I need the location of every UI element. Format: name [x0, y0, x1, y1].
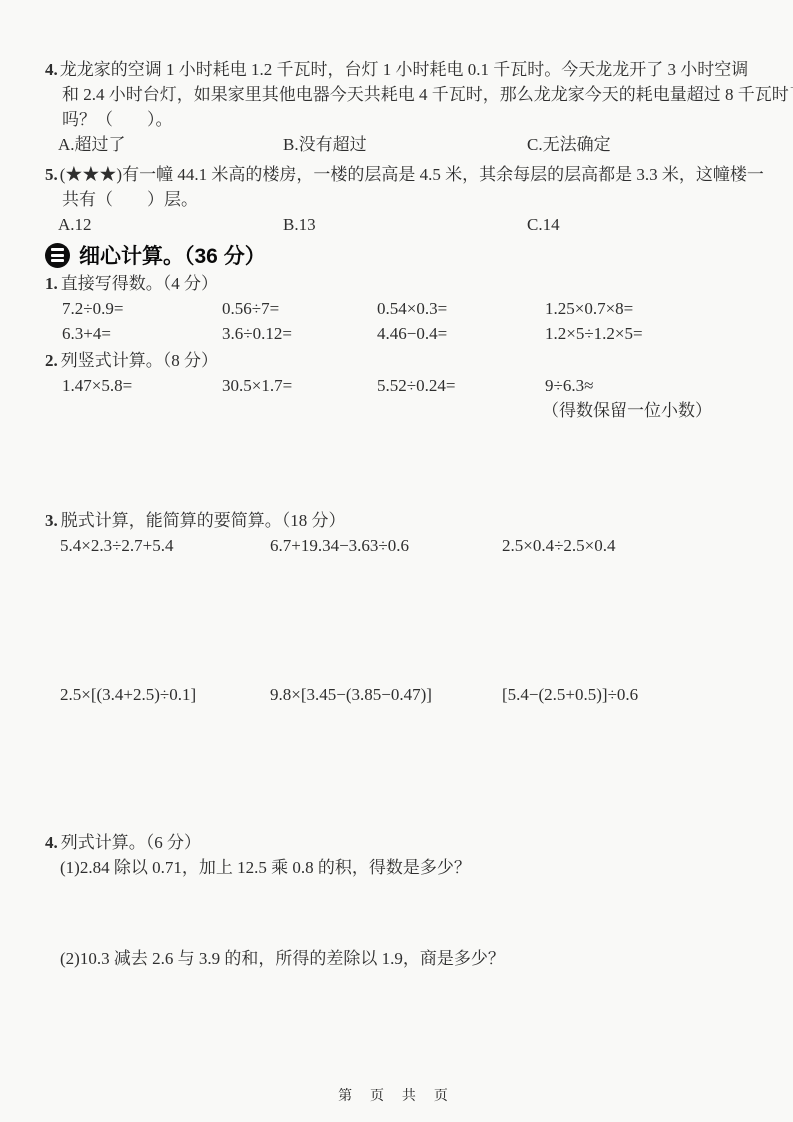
- question-5-options: A.12 B.13 C.14: [58, 212, 763, 237]
- subsection-2-title-text: 列竖式计算。（8 分）: [61, 351, 218, 370]
- question-4-line-1: 4.龙龙家的空调 1 小时耗电 1.2 千瓦时，台灯 1 小时耗电 0.1 千瓦…: [45, 57, 763, 82]
- question-4: 4.龙龙家的空调 1 小时耗电 1.2 千瓦时，台灯 1 小时耗电 0.1 千瓦…: [40, 57, 763, 157]
- expression: 0.54×0.3=: [377, 296, 545, 321]
- expression: 1.2×5÷1.2×5=: [545, 321, 763, 346]
- subsection-1-number: 1.: [45, 274, 58, 293]
- subsection-4-number: 4.: [45, 833, 58, 852]
- expression: 0.56÷7=: [222, 296, 377, 321]
- question-4-line-2: 和 2.4 小时台灯，如果家里其他电器今天共耗电 4 千瓦时，那么龙龙家今天的耗…: [62, 82, 763, 107]
- three-bars-icon: [45, 243, 70, 268]
- word-problem-2: (2)10.3 减去 2.6 与 3.9 的和，所得的差除以 1.9，商是多少？: [60, 946, 763, 971]
- page-content: 4.龙龙家的空调 1 小时耗电 1.2 千瓦时，台灯 1 小时耗电 0.1 千瓦…: [0, 0, 793, 971]
- expression: 5.52÷0.24=: [377, 373, 545, 398]
- question-4-options: A.超过了 B.没有超过 C.无法确定: [58, 132, 763, 157]
- subsection-1-title-text: 直接写得数。（4 分）: [61, 274, 218, 293]
- subsection-2-number: 2.: [45, 351, 58, 370]
- question-4-line-3: 吗？（ ）。: [62, 107, 763, 132]
- page-footer: 第 页 共 页: [0, 1085, 793, 1105]
- question-5-line-1: 5.(★★★)有一幢 44.1 米高的楼房，一楼的层高是 4.5 米，其余每层的…: [45, 162, 763, 187]
- expression: 7.2÷0.9=: [62, 296, 222, 321]
- section-3-header: 细心计算。（36 分）: [45, 241, 763, 269]
- expression: [5.4−(2.5+0.5)]÷0.6: [502, 682, 763, 707]
- expression: 1.25×0.7×8=: [545, 296, 763, 321]
- expression: 5.4×2.3÷2.7+5.4: [60, 533, 270, 558]
- expression: 4.46−0.4=: [377, 321, 545, 346]
- question-4-option-a: A.超过了: [58, 132, 283, 157]
- column-calc-row: 1.47×5.8= 30.5×1.7= 5.52÷0.24= 9÷6.3≈: [62, 373, 763, 398]
- question-4-option-b: B.没有超过: [283, 132, 527, 157]
- expression: 30.5×1.7=: [222, 373, 377, 398]
- section-3-title: 细心计算。（36 分）: [79, 240, 266, 270]
- question-5-line-2: 共有（ ）层。: [62, 187, 763, 212]
- expression: 9.8×[3.45−(3.85−0.47)]: [270, 682, 502, 707]
- question-5-option-a: A.12: [58, 212, 283, 237]
- subsection-2-title: 2.列竖式计算。（8 分）: [45, 348, 763, 373]
- question-5-option-b: B.13: [283, 212, 527, 237]
- subsection-4-title: 4.列式计算。（6 分）: [45, 830, 763, 855]
- question-4-option-c: C.无法确定: [527, 132, 763, 157]
- expression: 6.3+4=: [62, 321, 222, 346]
- direct-calc-row-1: 7.2÷0.9= 0.56÷7= 0.54×0.3= 1.25×0.7×8=: [62, 296, 763, 321]
- direct-calc-row-2: 6.3+4= 3.6÷0.12= 4.46−0.4= 1.2×5÷1.2×5=: [62, 321, 763, 346]
- expression: 6.7+19.34−3.63÷0.6: [270, 533, 502, 558]
- question-4-number: 4.: [45, 60, 58, 79]
- stepwise-calc-row-1: 5.4×2.3÷2.7+5.4 6.7+19.34−3.63÷0.6 2.5×0…: [60, 533, 763, 558]
- subsection-3-title: 3.脱式计算，能简算的要简算。（18 分）: [45, 508, 763, 533]
- question-5: 5.(★★★)有一幢 44.1 米高的楼房，一楼的层高是 4.5 米，其余每层的…: [40, 162, 763, 237]
- question-5-number: 5.: [45, 165, 58, 184]
- expression: 3.6÷0.12=: [222, 321, 377, 346]
- subsection-3-number: 3.: [45, 511, 58, 530]
- subsection-3-title-text: 脱式计算，能简算的要简算。（18 分）: [61, 511, 346, 530]
- exam-page: 4.龙龙家的空调 1 小时耗电 1.2 千瓦时，台灯 1 小时耗电 0.1 千瓦…: [0, 0, 793, 1122]
- question-5-option-c: C.14: [527, 212, 763, 237]
- subsection-4-title-text: 列式计算。（6 分）: [61, 833, 201, 852]
- rounding-note: （得数保留一位小数）: [542, 398, 763, 423]
- expression: 2.5×[(3.4+2.5)÷0.1]: [60, 682, 270, 707]
- expression: 1.47×5.8=: [62, 373, 222, 398]
- subsection-1-title: 1.直接写得数。（4 分）: [45, 271, 763, 296]
- expression: 9÷6.3≈: [545, 373, 763, 398]
- question-4-text: 龙龙家的空调 1 小时耗电 1.2 千瓦时，台灯 1 小时耗电 0.1 千瓦时。…: [60, 60, 749, 79]
- word-problem-1: (1)2.84 除以 0.71，加上 12.5 乘 0.8 的积，得数是多少？: [60, 855, 763, 880]
- question-5-text: (★★★)有一幢 44.1 米高的楼房，一楼的层高是 4.5 米，其余每层的层高…: [60, 165, 764, 184]
- expression: 2.5×0.4÷2.5×0.4: [502, 533, 763, 558]
- stepwise-calc-row-2: 2.5×[(3.4+2.5)÷0.1] 9.8×[3.45−(3.85−0.47…: [60, 682, 763, 707]
